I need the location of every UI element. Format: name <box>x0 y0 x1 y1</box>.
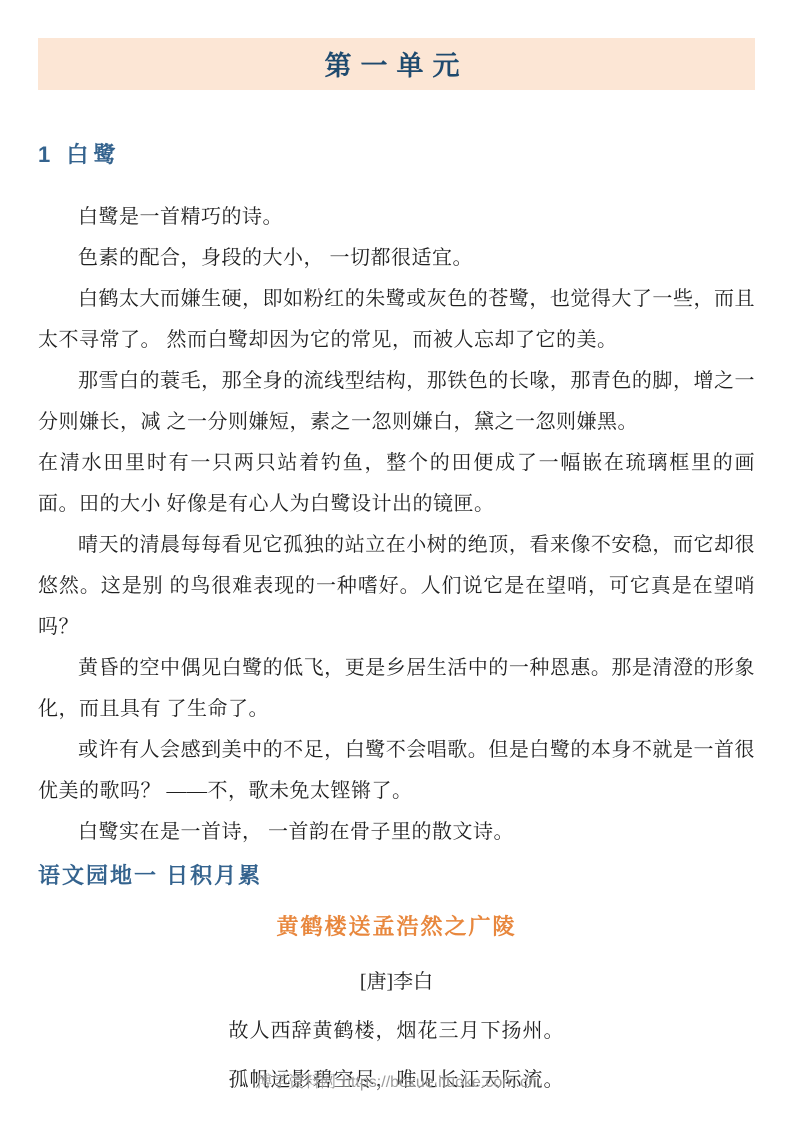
paragraph-1: 白鹭是一首精巧的诗。 <box>38 197 755 238</box>
paragraph-8: 或许有人会感到美中的不足，白鹭不会唱歌。但是白鹭的本身不就是一首很优美的歌吗？ … <box>38 730 755 812</box>
lesson-heading: 1 白鹭 <box>38 138 755 169</box>
poem-author: [唐]李白 <box>38 965 755 994</box>
poem-line-1: 故人西辞黄鹤楼，烟花三月下扬州。 <box>38 1014 755 1043</box>
page-footer: 博学资料网https://boxue.ituoke.com.cn <box>0 1069 793 1092</box>
footer-site-name: 博学资料网 <box>256 1074 336 1091</box>
unit-banner: 第一单元 <box>38 38 755 90</box>
paragraph-3: 白鹤太大而嫌生硬，即如粉红的朱鹭或灰色的苍鹭，也觉得大了一些，而且太不寻常了。 … <box>38 279 755 361</box>
paragraph-6: 晴天的清晨每每看见它孤独的站立在小树的绝顶，看来像不安稳，而它却很悠然。这是别 … <box>38 525 755 648</box>
lesson-body: 白鹭是一首精巧的诗。 色素的配合，身段的大小， 一切都很适宜。 白鹤太大而嫌生硬… <box>38 197 755 853</box>
poem-block: 黄鹤楼送孟浩然之广陵 [唐]李白 故人西辞黄鹤楼，烟花三月下扬州。 孤帆远影碧空… <box>38 910 755 1092</box>
paragraph-2: 色素的配合，身段的大小， 一切都很适宜。 <box>38 238 755 279</box>
paragraph-7: 黄昏的空中偶见白鹭的低飞，更是乡居生活中的一种恩惠。那是清澄的形象化，而且具有 … <box>38 648 755 730</box>
paragraph-4: 那雪白的蓑毛，那全身的流线型结构，那铁色的长喙，那青色的脚，增之一分则嫌长，减 … <box>38 361 755 443</box>
paragraph-9: 白鹭实在是一首诗， 一首韵在骨子里的散文诗。 <box>38 812 755 853</box>
poem-title: 黄鹤楼送孟浩然之广陵 <box>38 910 755 941</box>
paragraph-5: 在清水田里时有一只两只站着钓鱼，整个的田便成了一幅嵌在琉璃框里的画面。田的大小 … <box>38 443 755 525</box>
garden-heading: 语文园地一 日积月累 <box>38 859 755 890</box>
unit-title: 第一单元 <box>38 44 755 83</box>
footer-url: https://boxue.ituoke.com.cn <box>342 1074 537 1091</box>
document-page: 第一单元 1 白鹭 白鹭是一首精巧的诗。 色素的配合，身段的大小， 一切都很适宜… <box>0 0 793 1122</box>
